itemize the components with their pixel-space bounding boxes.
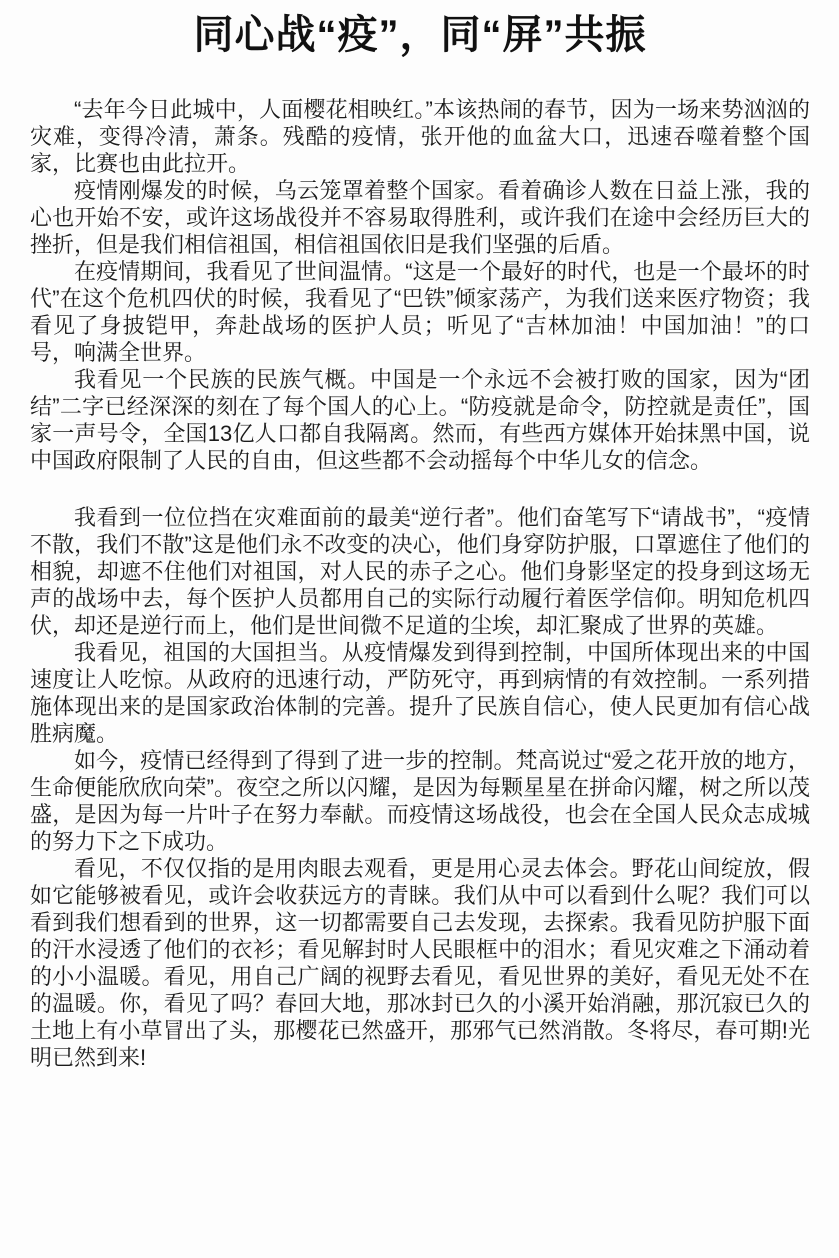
paragraph-2: 疫情刚爆发的时候，乌云笼罩着整个国家。看着确诊人数在日益上涨，我的心也开始不安，… — [30, 177, 810, 258]
paragraph-7: 如今，疫情已经得到了得到了进一步的控制。梵高说过“爱之花开放的地方，生命便能欣欣… — [30, 747, 810, 855]
paragraph-5: 我看到一位位挡在灾难面前的最美“逆行者”。他们奋笔写下“请战书”，“疫情不散，我… — [30, 504, 810, 639]
document-body: “去年今日此城中，人面樱花相映红。”本该热闹的春节，因为一场来势汹汹的灾难，变得… — [30, 96, 810, 1071]
document-page: 同心战“疫”，同“屏”共振 “去年今日此城中，人面樱花相映红。”本该热闹的春节，… — [0, 0, 839, 1258]
paragraph-4: 我看见一个民族的民族气概。中国是一个永远不会被打败的国家，因为“团结”二字已经深… — [30, 366, 810, 474]
paragraph-3: 在疫情期间，我看见了世间温情。“这是一个最好的时代，也是一个最坏的时代”在这个危… — [30, 258, 810, 366]
document-title: 同心战“疫”，同“屏”共振 — [30, 10, 810, 60]
paragraph-8: 看见，不仅仅指的是用肉眼去观看，更是用心灵去体会。野花山间绽放，假如它能够被看见… — [30, 855, 810, 1071]
paragraph-6: 我看见，祖国的大国担当。从疫情爆发到得到控制，中国所体现出来的中国速度让人吃惊。… — [30, 639, 810, 747]
paragraph-1: “去年今日此城中，人面樱花相映红。”本该热闹的春节，因为一场来势汹汹的灾难，变得… — [30, 96, 810, 177]
